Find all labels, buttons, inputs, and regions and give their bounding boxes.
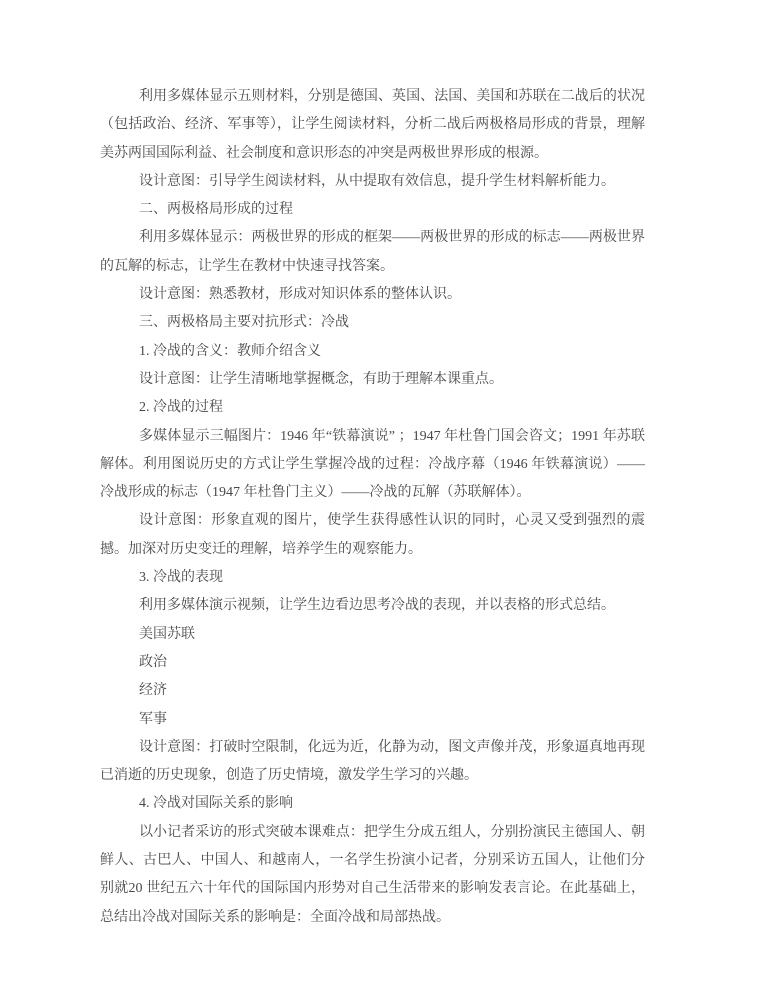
item-cold-war-manifestation: 3. 冷战的表现 — [100, 564, 645, 592]
item-cold-war-process: 2. 冷战的过程 — [100, 394, 645, 422]
paragraph-interview-activity: 以小记者采访的形式突破本课难点：把学生分成五组人，分别扮演民主德国人、朝鲜人、古… — [100, 819, 645, 932]
document-text-body: 利用多媒体显示五则材料，分别是德国、英国、法国、美国和苏联在二战后的状况（包括政… — [100, 83, 645, 932]
table-label-military: 军事 — [100, 706, 645, 734]
paragraph-materials-activity: 利用多媒体显示五则材料，分别是德国、英国、法国、美国和苏联在二战后的状况（包括政… — [100, 83, 645, 168]
paragraph-design-intent-concept: 设计意图：让学生清晰地掌握概念，有助于理解本课重点。 — [100, 366, 645, 394]
paragraph-video-activity: 利用多媒体演示视频，让学生边看边思考冷战的表现，并以表格的形式总结。 — [100, 592, 645, 620]
paragraph-design-intent-textbook: 设计意图：熟悉教材，形成对知识体系的整体认识。 — [100, 281, 645, 309]
item-cold-war-definition: 1. 冷战的含义：教师介绍含义 — [100, 338, 645, 366]
heading-section-two-formation-process: 二、两极格局形成的过程 — [100, 196, 645, 224]
paragraph-three-pictures: 多媒体显示三幅图片：1946 年“铁幕演说” ；1947 年杜鲁门国会咨文；19… — [100, 423, 645, 508]
paragraph-design-intent-reading: 设计意图：引导学生阅读材料，从中提取有效信息，提升学生材料解析能力。 — [100, 168, 645, 196]
paragraph-design-intent-multimedia: 设计意图：打破时空限制，化远为近，化静为动，图文声像并茂，形象逼真地再现已消逝的… — [100, 734, 645, 791]
item-cold-war-influence: 4. 冷战对国际关系的影响 — [100, 790, 645, 818]
paragraph-framework-display: 利用多媒体显示：两极世界的形成的框架——两极世界的形成的标志——两极世界的瓦解的… — [100, 224, 645, 281]
table-label-us-ussr: 美国苏联 — [100, 621, 645, 649]
paragraph-design-intent-images: 设计意图：形象直观的图片，使学生获得感性认识的同时，心灵又受到强烈的震撼。加深对… — [100, 507, 645, 564]
table-label-economy: 经济 — [100, 677, 645, 705]
heading-section-three-cold-war: 三、两极格局主要对抗形式：冷战 — [100, 309, 645, 337]
document-page: 利用多媒体显示五则材料，分别是德国、英国、法国、美国和苏联在二战后的状况（包括政… — [0, 0, 770, 1000]
table-label-politics: 政治 — [100, 649, 645, 677]
